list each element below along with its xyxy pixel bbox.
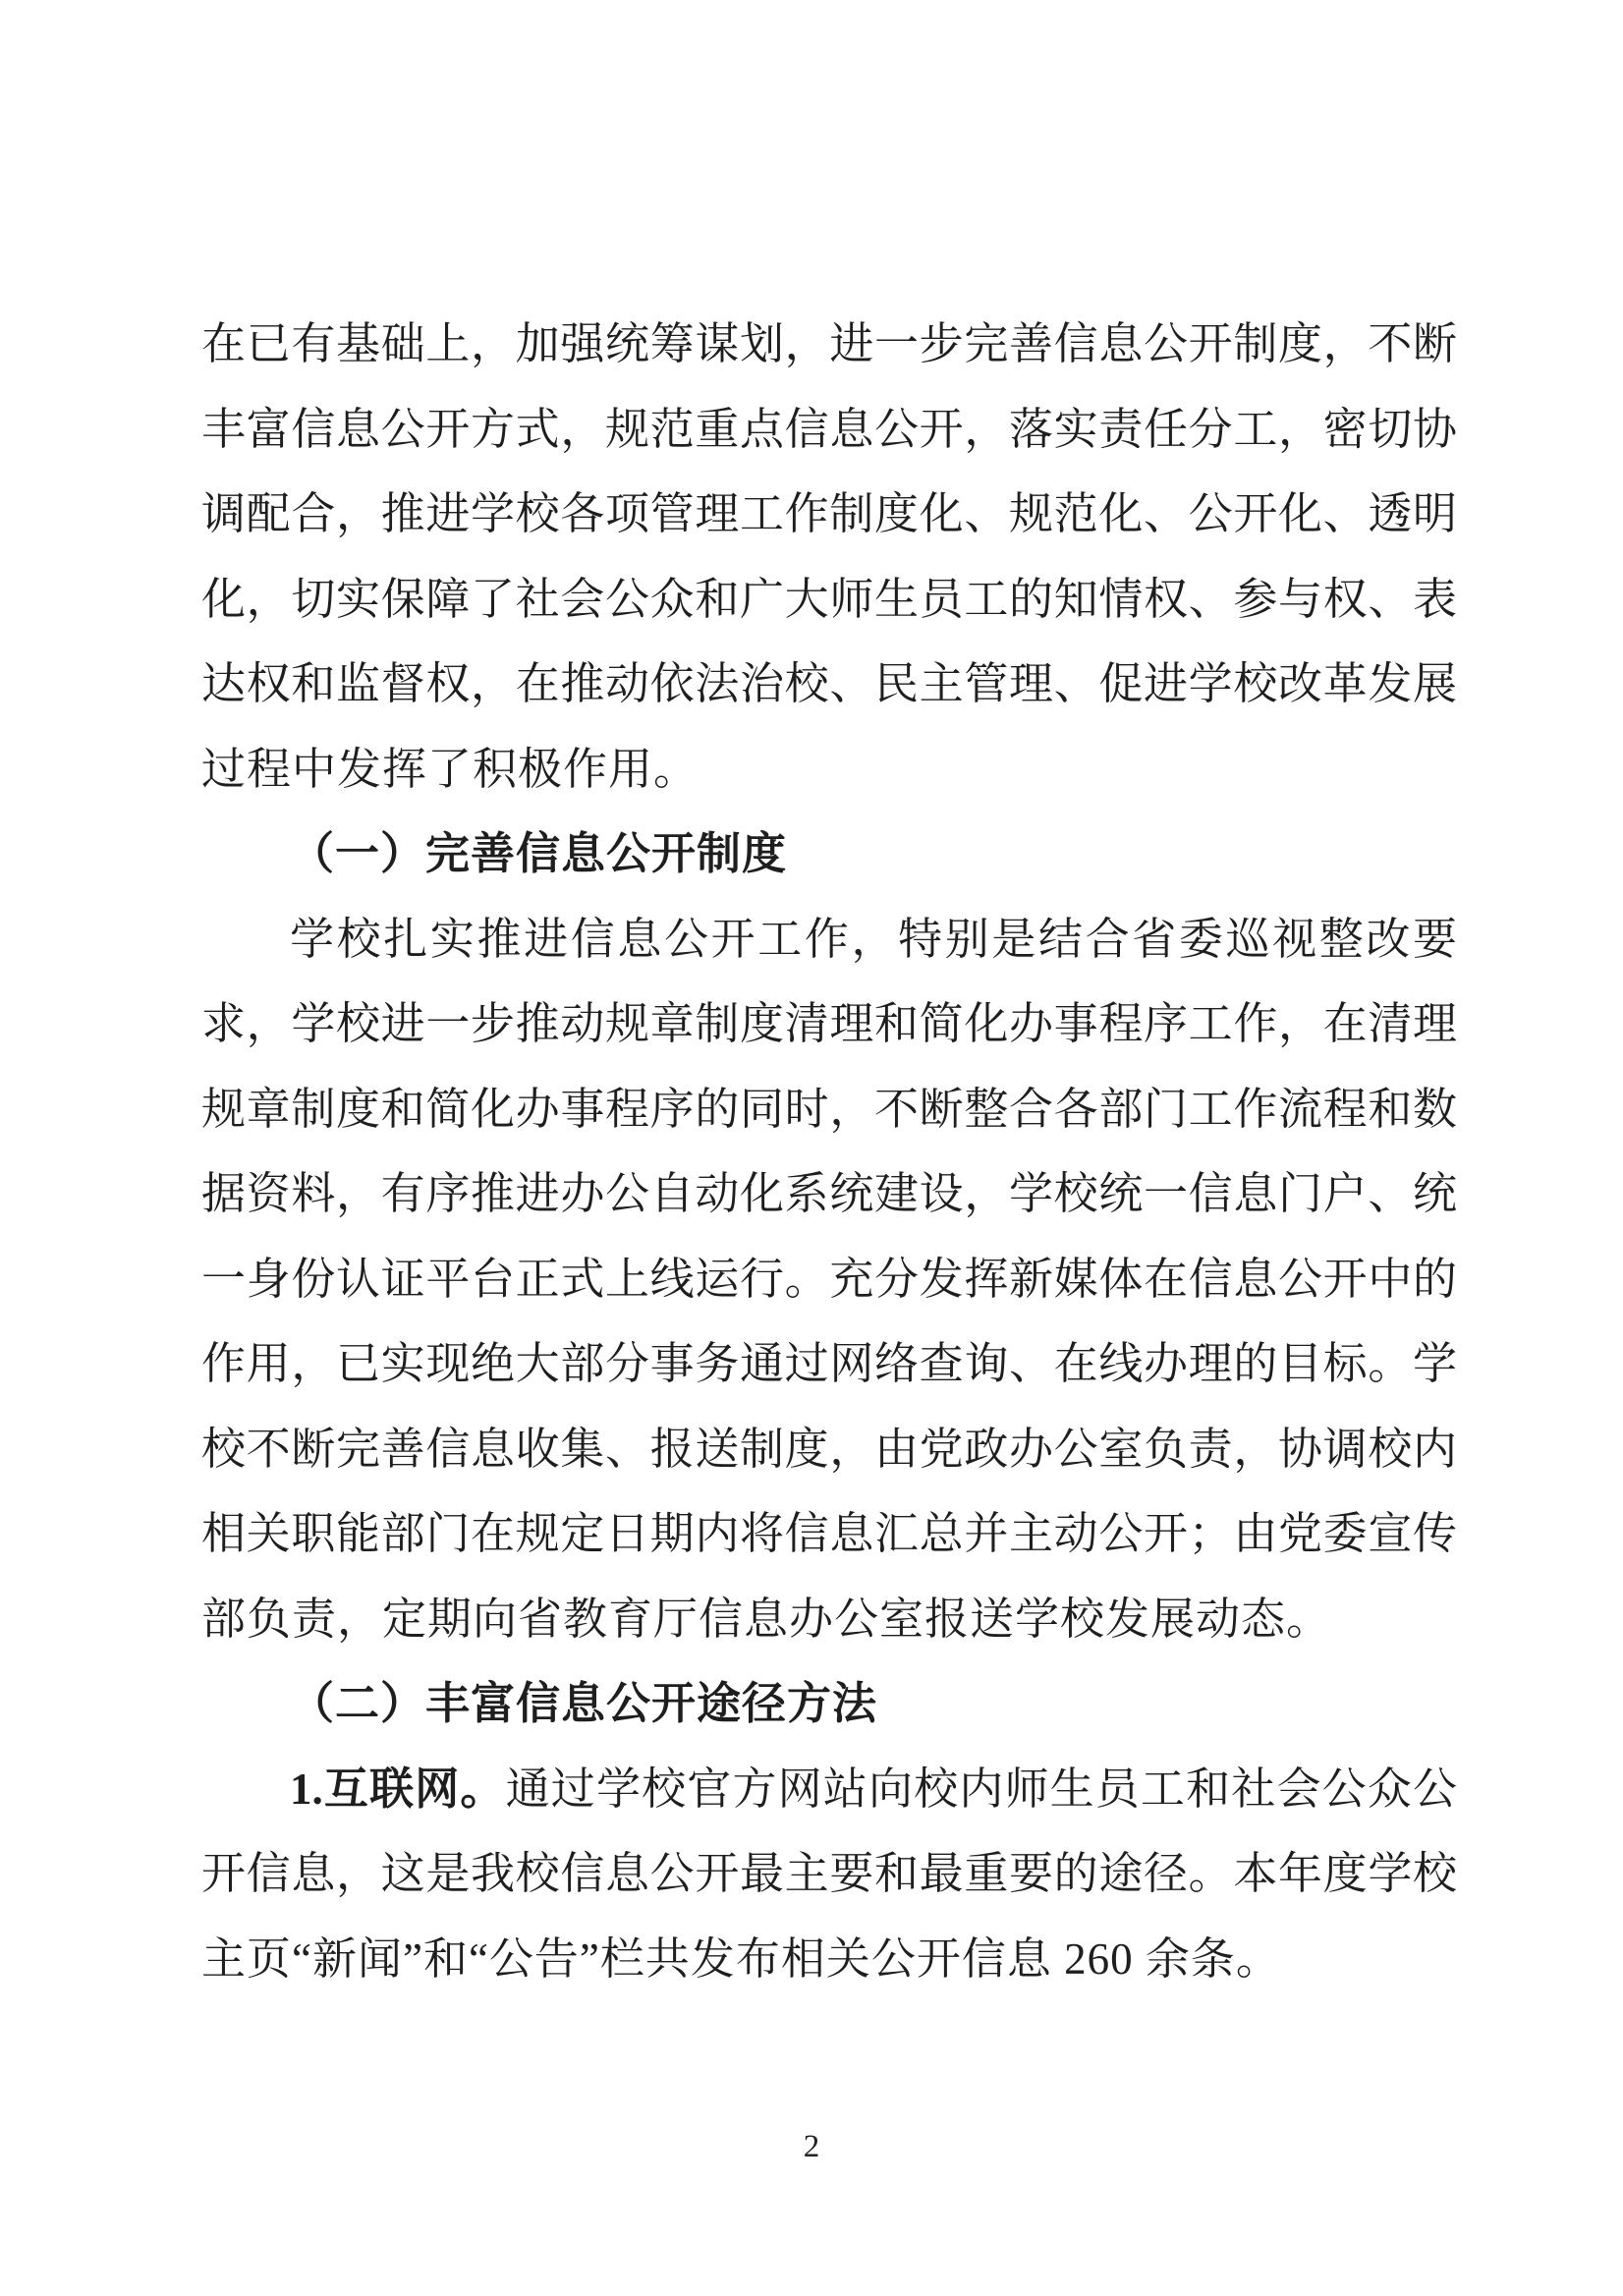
text-run: 求，学校进一步推动规章制度清理和简化办事程序工作，在清理: [201, 999, 1457, 1048]
text-line: 开信息，这是我校信息公开最主要和最重要的途径。本年度学校: [201, 1831, 1457, 1917]
text-run: 相关职能部门在规定日期内将信息汇总并主动公开；由党委宣传: [201, 1509, 1457, 1558]
heading-line: （二）丰富信息公开途径方法: [201, 1661, 1457, 1747]
text-line: 在已有基础上，加强统筹谋划，进一步完善信息公开制度，不断: [201, 302, 1457, 387]
document-body: 在已有基础上，加强统筹谋划，进一步完善信息公开制度，不断丰富信息公开方式，规范重…: [201, 302, 1457, 2001]
text-run: （一）完善信息公开制度: [290, 829, 787, 878]
text-run: 达权和监督权，在推动依法治校、民主管理、促进学校改革发展: [201, 659, 1457, 708]
text-run: 过程中发挥了积极作用。: [201, 745, 699, 794]
text-line: 校不断完善信息收集、报送制度，由党政办公室负责，协调校内: [201, 1407, 1457, 1492]
text-run: 一身份认证平台正式上线运行。充分发挥新媒体在信息公开中的: [201, 1255, 1457, 1304]
text-line: 过程中发挥了积极作用。: [201, 727, 1457, 812]
heading-line: （一）完善信息公开制度: [201, 812, 1457, 897]
text-run: 化，切实保障了社会公众和广大师生员工的知情权、参与权、表: [201, 575, 1457, 624]
text-run: 调配合，推进学校各项管理工作制度化、规范化、公开化、透明: [201, 489, 1457, 538]
text-run: 部负责，定期向省教育厅信息办公室报送学校发展动态。: [201, 1595, 1331, 1644]
text-run: 作用，已实现绝大部分事务通过网络查询、在线办理的目标。学: [201, 1339, 1457, 1388]
text-line: 化，切实保障了社会公众和广大师生员工的知情权、参与权、表: [201, 557, 1457, 643]
text-line: 一身份认证平台正式上线运行。充分发挥新媒体在信息公开中的: [201, 1237, 1457, 1322]
text-line: 相关职能部门在规定日期内将信息汇总并主动公开；由党委宣传: [201, 1491, 1457, 1577]
text-line: 主页“新闻”和“公告”栏共发布相关公开信息 260 余条。: [201, 1917, 1457, 2002]
text-run: 规章制度和简化办事程序的同时，不断整合各部门工作流程和数: [201, 1085, 1457, 1134]
text-run: 主页“新闻”和“公告”栏共发布相关公开信息 260 余条。: [201, 1934, 1281, 1984]
text-line: 作用，已实现绝大部分事务通过网络查询、在线办理的目标。学: [201, 1321, 1457, 1407]
text-run: 1.互联网。: [290, 1764, 506, 1814]
text-line: 学校扎实推进信息公开工作，特别是结合省委巡视整改要: [201, 897, 1457, 982]
text-run: 在已有基础上，加强统筹谋划，进一步完善信息公开制度，不断: [201, 319, 1457, 368]
text-run: 开信息，这是我校信息公开最主要和最重要的途径。本年度学校: [201, 1849, 1457, 1898]
text-run: （二）丰富信息公开途径方法: [290, 1679, 877, 1728]
text-run: 丰富信息公开方式，规范重点信息公开，落实责任分工，密切协: [201, 405, 1457, 454]
document-page: 在已有基础上，加强统筹谋划，进一步完善信息公开制度，不断丰富信息公开方式，规范重…: [0, 0, 1623, 2296]
text-run: 通过学校官方网站向校内师生员工和社会公众公: [506, 1764, 1457, 1814]
text-line: 丰富信息公开方式，规范重点信息公开，落实责任分工，密切协: [201, 387, 1457, 473]
text-line: 规章制度和简化办事程序的同时，不断整合各部门工作流程和数: [201, 1067, 1457, 1152]
text-line: 1.互联网。通过学校官方网站向校内师生员工和社会公众公: [201, 1747, 1457, 1832]
text-line: 据资料，有序推进办公自动化系统建设，学校统一信息门户、统: [201, 1151, 1457, 1237]
text-run: 学校扎实推进信息公开工作，特别是结合省委巡视整改要: [290, 915, 1457, 964]
page-number: 2: [0, 2125, 1623, 2168]
text-line: 达权和监督权，在推动依法治校、民主管理、促进学校改革发展: [201, 642, 1457, 727]
text-line: 调配合，推进学校各项管理工作制度化、规范化、公开化、透明: [201, 472, 1457, 557]
text-line: 部负责，定期向省教育厅信息办公室报送学校发展动态。: [201, 1577, 1457, 1662]
text-run: 据资料，有序推进办公自动化系统建设，学校统一信息门户、统: [201, 1169, 1457, 1218]
text-run: 校不断完善信息收集、报送制度，由党政办公室负责，协调校内: [201, 1425, 1457, 1474]
text-line: 求，学校进一步推动规章制度清理和简化办事程序工作，在清理: [201, 981, 1457, 1067]
